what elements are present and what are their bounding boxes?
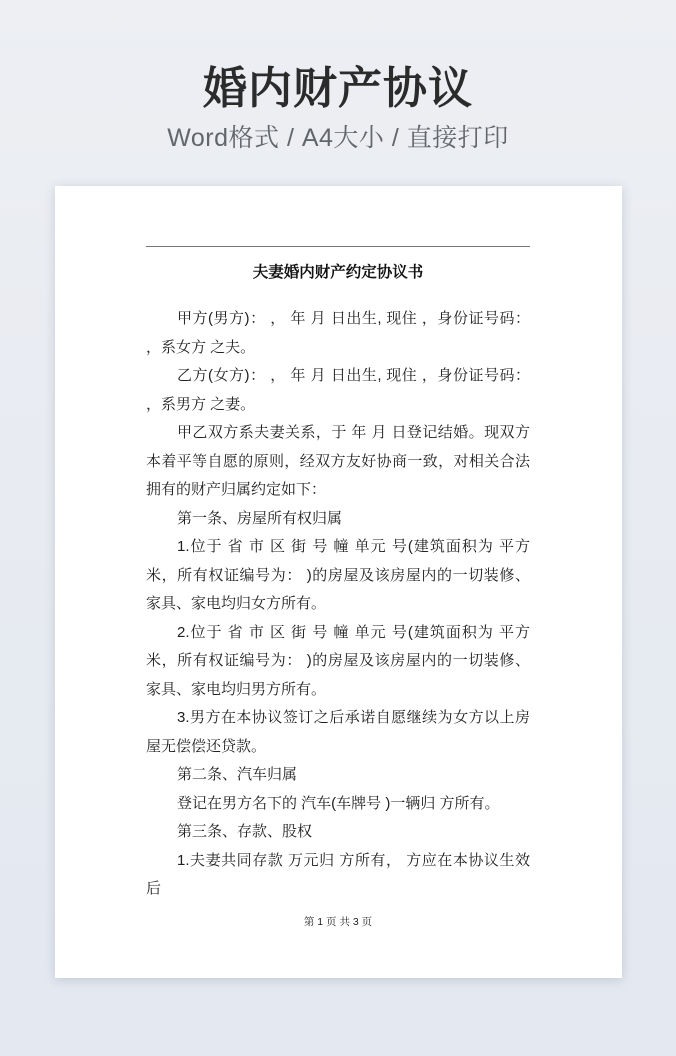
document-page: 夫妻婚内财产约定协议书 甲方(男方)： ， 年 月 日出生, 现住 ，身份证号码… [55, 186, 622, 978]
page-number: 第 1 页 共 3 页 [55, 914, 622, 929]
document-body: 甲方(男方)： ， 年 月 日出生, 现住 ，身份证号码： ，系女方 之夫。乙方… [146, 305, 530, 904]
document-paragraph: 甲乙双方系夫妻关系，于 年 月 日登记结婚。现双方本着平等自愿的原则，经双方友好… [146, 419, 530, 505]
document-paragraph: 1.位于 省 市 区 街 号 幢 单元 号(建筑面积为 平方米，所有权证编号为：… [146, 533, 530, 619]
document-paragraph: 3.男方在本协议签订之后承诺自愿继续为女方以上房屋无偿偿还贷款。 [146, 704, 530, 761]
page-subtitle: Word格式 / A4大小 / 直接打印 [0, 125, 676, 151]
document-top-rule [146, 246, 530, 247]
document-paragraph: 登记在男方名下的 汽车(车牌号 )一辆归 方所有。 [146, 790, 530, 819]
page: 婚内财产协议 Word格式 / A4大小 / 直接打印 夫妻婚内财产约定协议书 … [0, 0, 676, 1056]
document-paragraph: 第三条、存款、股权 [146, 818, 530, 847]
document-paragraph: 1.夫妻共同存款 万元归 方所有， 方应在本协议生效后 [146, 847, 530, 904]
document-paragraph: 2.位于 省 市 区 街 号 幢 单元 号(建筑面积为 平方米，所有权证编号为：… [146, 619, 530, 705]
document-paragraph: 第二条、汽车归属 [146, 761, 530, 790]
page-title: 婚内财产协议 [0, 66, 676, 112]
document-paragraph: 第一条、房屋所有权归属 [146, 505, 530, 534]
document-paragraph: 甲方(男方)： ， 年 月 日出生, 现住 ，身份证号码： ，系女方 之夫。 [146, 305, 530, 362]
header: 婚内财产协议 Word格式 / A4大小 / 直接打印 [0, 0, 676, 151]
document-paragraph: 乙方(女方)： ， 年 月 日出生, 现住 ，身份证号码： ，系男方 之妻。 [146, 362, 530, 419]
document-title: 夫妻婚内财产约定协议书 [55, 259, 622, 287]
